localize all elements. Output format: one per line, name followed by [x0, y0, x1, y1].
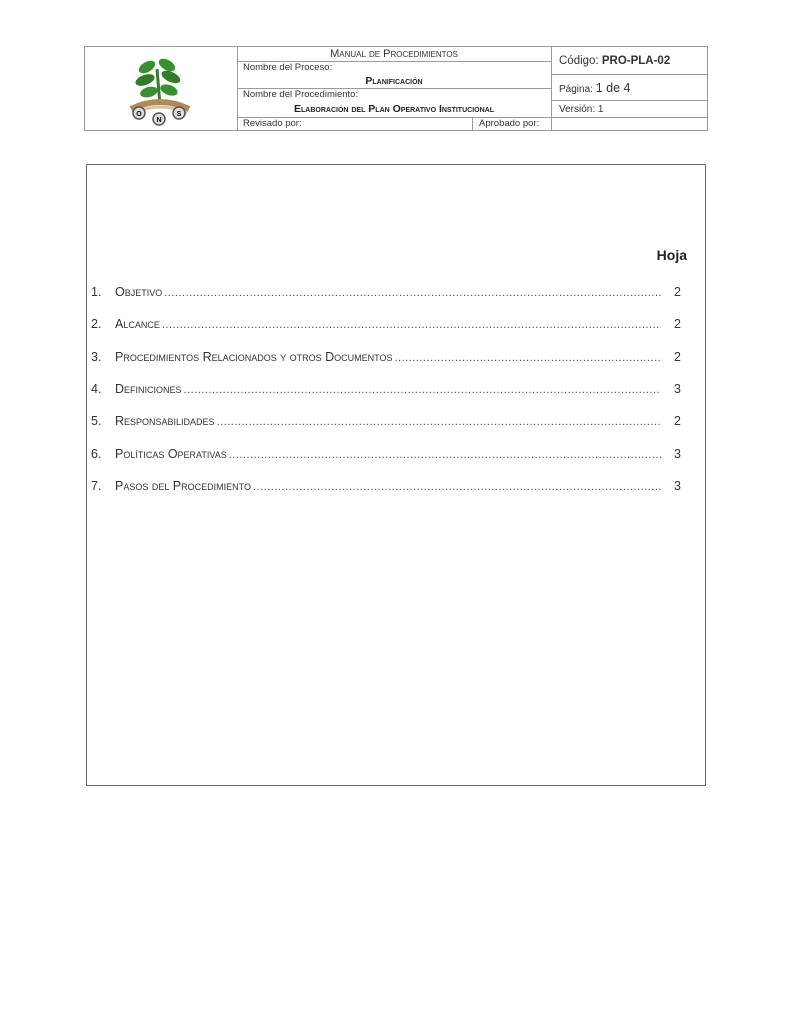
toc-leader-dots: ........................................… [253, 481, 661, 493]
toc-item-number: 5. [91, 414, 115, 428]
toc-leader-dots: ........................................… [184, 384, 661, 396]
procedure-value: Elaboración del Plan Operativo Instituci… [237, 101, 551, 118]
toc-item-title: Objetivo [115, 285, 164, 299]
toc-column-header: Hoja [657, 247, 687, 263]
procedure-label: Nombre del Procedimiento: [237, 89, 551, 101]
toc-item-page: 2 [661, 285, 681, 299]
toc-leader-dots: ........................................… [217, 416, 661, 428]
toc-item-number: 2. [91, 317, 115, 331]
toc-item-title: Responsabilidades [115, 414, 217, 428]
toc-item[interactable]: 6.Políticas Operativas..................… [91, 443, 681, 461]
toc-leader-dots: ........................................… [162, 319, 661, 331]
svg-text:O: O [136, 111, 142, 118]
toc-item-title: Definiciones [115, 382, 184, 396]
toc-item-page: 3 [661, 447, 681, 461]
process-label: Nombre del Proceso: [237, 62, 551, 73]
toc-item[interactable]: 2.Alcance...............................… [91, 313, 681, 331]
toc-item-title: Políticas Operativas [115, 447, 229, 461]
toc-leader-dots: ........................................… [394, 352, 661, 364]
document-header-table: O N S Manual de Procedimientos Nombre de… [84, 46, 708, 131]
approved-by-label: Aprobado por: [473, 118, 707, 131]
code-value: PRO-PLA-02 [602, 55, 670, 67]
logo-cell: O N S [85, 47, 238, 130]
toc-leader-dots: ........................................… [229, 449, 661, 461]
ons-logo-icon: O N S [85, 47, 237, 130]
toc-item-number: 1. [91, 285, 115, 299]
toc-item-number: 6. [91, 447, 115, 461]
page-field: Página: 1 de 4 [552, 75, 708, 101]
toc-item-number: 3. [91, 350, 115, 364]
toc-item-title: Procedimientos Relacionados y otros Docu… [115, 350, 394, 364]
svg-text:N: N [156, 117, 161, 124]
version-field: Versión: 1 [552, 101, 708, 118]
toc-leader-dots: ........................................… [164, 287, 661, 299]
toc-item[interactable]: 1.Objetivo..............................… [91, 281, 681, 299]
version-value: 1 [598, 104, 604, 115]
signature-row: Revisado por: Aprobado por: [237, 118, 707, 131]
toc-item-number: 7. [91, 479, 115, 493]
svg-text:S: S [177, 111, 182, 118]
table-of-contents: Hoja 1.Objetivo.........................… [86, 164, 706, 786]
reviewed-by-label: Revisado por: [237, 118, 473, 131]
page-value: 1 de 4 [596, 81, 631, 95]
manual-title: Manual de Procedimientos [237, 47, 551, 62]
toc-item-page: 3 [661, 382, 681, 396]
toc-item-page: 3 [661, 479, 681, 493]
toc-item[interactable]: 4.Definiciones..........................… [91, 378, 681, 396]
toc-item[interactable]: 5.Responsabilidades.....................… [91, 410, 681, 428]
toc-item-page: 2 [661, 350, 681, 364]
toc-item-number: 4. [91, 382, 115, 396]
toc-item-title: Alcance [115, 317, 162, 331]
code-field: Código: PRO-PLA-02 [552, 47, 708, 75]
process-value: Planificación [237, 73, 551, 89]
toc-item[interactable]: 3.Procedimientos Relacionados y otros Do… [91, 346, 681, 364]
toc-item-title: Pasos del Procedimiento [115, 479, 253, 493]
toc-item-page: 2 [661, 414, 681, 428]
toc-item-page: 2 [661, 317, 681, 331]
toc-item[interactable]: 7.Pasos del Procedimiento...............… [91, 475, 681, 493]
